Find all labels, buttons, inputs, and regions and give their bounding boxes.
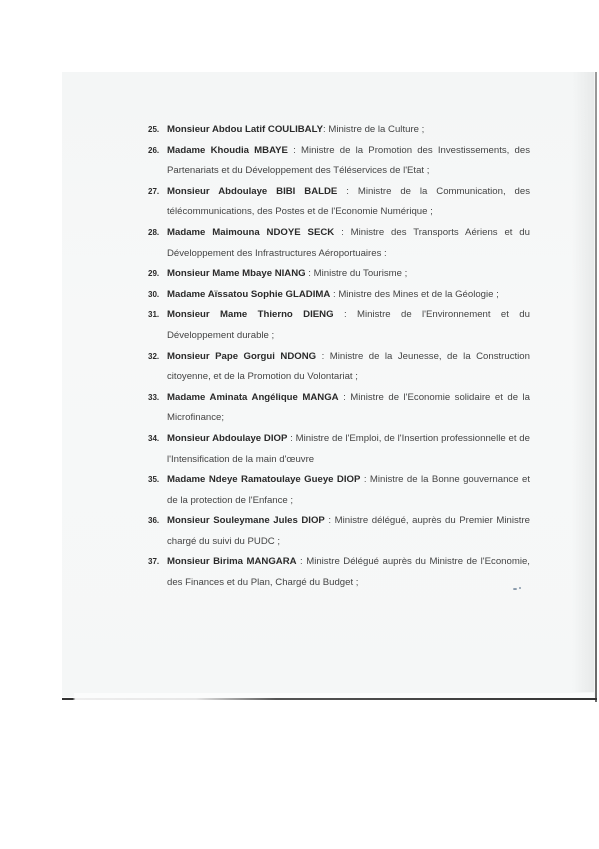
minister-name: Madame Ndeye Ramatoulaye Gueye DIOP (167, 474, 360, 485)
minister-name: Madame Aïssatou Sophie GLADIMA (167, 289, 330, 300)
minister-role: Ministre des Mines et de la Géologie ; (338, 289, 499, 300)
separator: : (316, 351, 324, 362)
separator: : (360, 474, 366, 485)
minister-name: Monsieur Abdou Latif COULIBALY (167, 124, 323, 135)
item-number: 36. (148, 511, 159, 532)
page-right-edge (595, 72, 597, 702)
separator: : (288, 145, 296, 156)
separator: : (325, 515, 331, 526)
list-item: 33. Madame Aminata Angélique MANGA : Min… (148, 388, 530, 429)
minister-name: Madame Maimouna NDOYE SECK (167, 227, 334, 238)
separator: : (339, 392, 346, 403)
separator: : (306, 268, 311, 279)
minister-name: Monsieur Abdoulaye DIOP (167, 433, 287, 444)
item-number: 25. (148, 120, 159, 141)
item-number: 27. (148, 182, 159, 203)
item-number: 28. (148, 223, 159, 244)
page-bottom-edge (62, 698, 597, 700)
item-number: 31. (148, 305, 159, 326)
separator: : (287, 433, 292, 444)
list-item: 27. Monsieur Abdoulaye BIBI BALDE : Mini… (148, 182, 530, 223)
separator: : (334, 309, 347, 320)
minister-name: Madame Aminata Angélique MANGA (167, 392, 339, 403)
separator: : (334, 227, 344, 238)
list-item: 25. Monsieur Abdou Latif COULIBALY: Mini… (148, 120, 530, 141)
page-right-shadow (572, 72, 594, 692)
minister-list: 25. Monsieur Abdou Latif COULIBALY: Mini… (148, 120, 530, 594)
minister-name: Madame Khoudia MBAYE (167, 145, 288, 156)
list-item: 35. Madame Ndeye Ramatoulaye Gueye DIOP … (148, 470, 530, 511)
minister-role: Ministre du Tourisme ; (314, 268, 408, 279)
item-number: 29. (148, 264, 159, 285)
item-number: 37. (148, 552, 159, 573)
list-item: 36. Monsieur Souleymane Jules DIOP : Min… (148, 511, 530, 552)
minister-name: Monsieur Pape Gorgui NDONG (167, 351, 316, 362)
separator: : (337, 186, 349, 197)
item-number: 26. (148, 141, 159, 162)
list-item: 30. Madame Aïssatou Sophie GLADIMA : Min… (148, 285, 530, 306)
separator: : (330, 289, 335, 300)
list-item: 28. Madame Maimouna NDOYE SECK : Ministr… (148, 223, 530, 264)
minister-name: Monsieur Souleymane Jules DIOP (167, 515, 325, 526)
item-number: 35. (148, 470, 159, 491)
list-item: 32. Monsieur Pape Gorgui NDONG : Ministr… (148, 347, 530, 388)
item-number: 34. (148, 429, 159, 450)
item-number: 33. (148, 388, 159, 409)
minister-name: Monsieur Mame Mbaye NIANG (167, 268, 306, 279)
minister-role: Ministre de la Culture ; (328, 124, 424, 135)
separator: : (297, 556, 303, 567)
list-item: 37. Monsieur Birima MANGARA : Ministre D… (148, 552, 530, 593)
separator: : (323, 124, 326, 135)
item-number: 30. (148, 285, 159, 306)
minister-name: Monsieur Abdoulaye BIBI BALDE (167, 186, 337, 197)
list-item: 29. Monsieur Mame Mbaye NIANG : Ministre… (148, 264, 530, 285)
list-item: 26. Madame Khoudia MBAYE : Ministre de l… (148, 141, 530, 182)
minister-name: Monsieur Mame Thierno DIENG (167, 309, 334, 320)
item-number: 32. (148, 347, 159, 368)
list-item: 34. Monsieur Abdoulaye DIOP : Ministre d… (148, 429, 530, 470)
list-item: 31. Monsieur Mame Thierno DIENG : Minist… (148, 305, 530, 346)
minister-name: Monsieur Birima MANGARA (167, 556, 297, 567)
